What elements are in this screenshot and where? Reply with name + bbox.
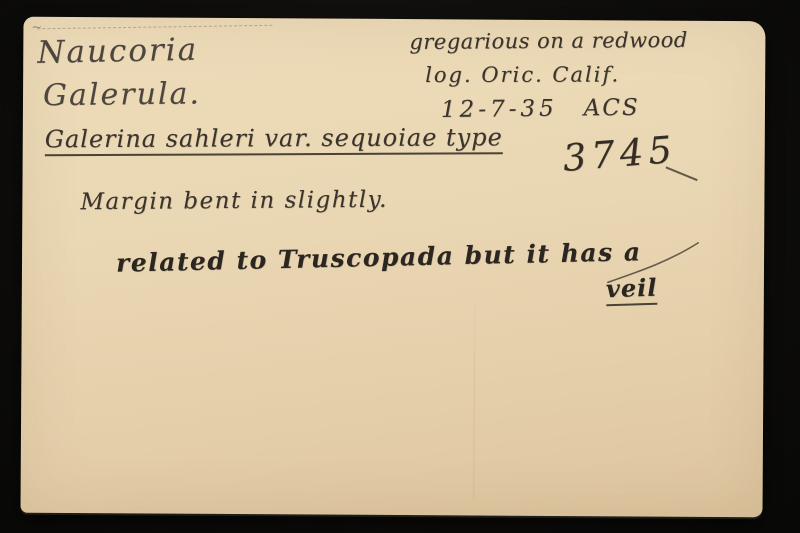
margin-note: Margin bent in slightly. [80,187,388,215]
date-line: 12-7-35ACS [441,95,640,123]
veil-word-text: veil [605,273,657,306]
determination-line: Galerina sahleri var. sequoiae type [45,123,503,153]
collection-date: 12-7-35 [441,96,558,123]
specimen-card: ~ Naucoria Galerula. gregarious on a red… [20,17,765,518]
collector-initials: ACS [584,95,640,122]
card-crease [473,289,476,499]
collection-number: 3745 [561,128,678,180]
genus-name-naucoria: Naucoria [37,32,199,71]
collection-number-tick-stroke [665,166,697,181]
pencil-corner-squiggle: ~ [31,20,42,35]
related-note: related to Truscopada but it has a [116,237,642,277]
habitat-note-line1: gregarious on a redwood [409,28,688,54]
genus-name-galerula: Galerula. [43,76,201,113]
determination-text: Galerina sahleri var. sequoiae type [45,123,503,156]
veil-word: veil [605,273,657,303]
photo-background: ~ Naucoria Galerula. gregarious on a red… [0,0,800,533]
habitat-note-line2: log. Oric. Calif. [425,63,620,88]
